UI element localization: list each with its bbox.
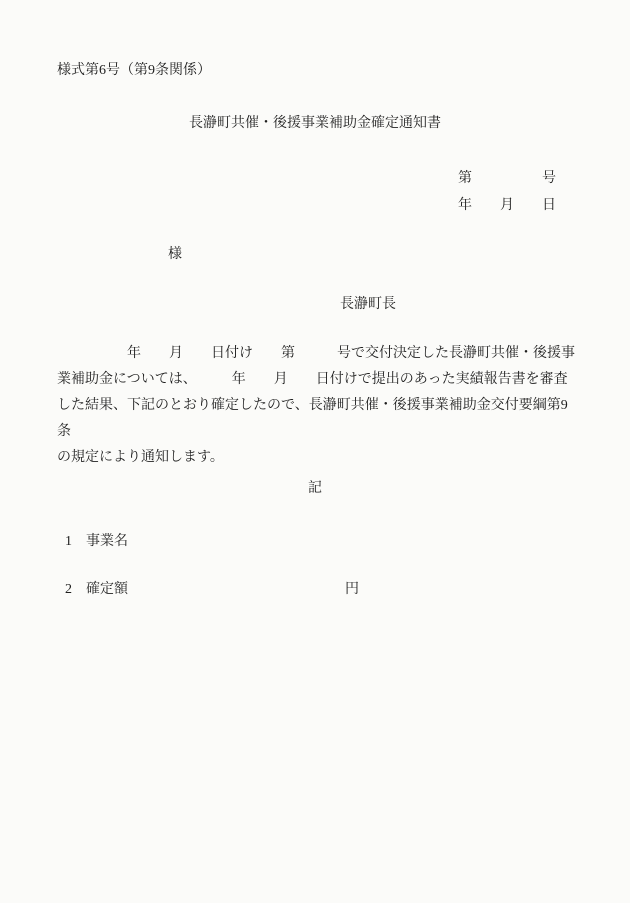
document-title: 長瀞町共催・後援事業補助金確定通知書 <box>0 117 630 131</box>
body-line-3: した結果、下記のとおり確定したので、長瀞町共催・後援事業補助金交付要綱第9条 <box>57 393 577 445</box>
item-label-project-name: 事業名 <box>86 534 128 549</box>
date-line: 年 月 日 <box>458 199 556 226</box>
list-item-project-name: 1事業名 <box>65 535 128 549</box>
sender-title: 長瀞町長 <box>340 298 396 312</box>
item-number: 1 <box>65 535 86 549</box>
reference-block: 第 号 年 月 日 <box>458 172 556 226</box>
body-paragraph: 年 月 日付け 第 号で交付決定した長瀞町共催・後援事 業補助金については、 年… <box>57 341 577 471</box>
body-line-1: 年 月 日付け 第 号で交付決定した長瀞町共催・後援事 <box>57 341 577 367</box>
form-number: 様式第6号（第9条関係） <box>57 64 211 78</box>
item-unit-yen: 円 <box>345 583 359 597</box>
body-line-4: の規定により通知します。 <box>57 445 577 471</box>
item-label-confirmed-amount: 確定額 <box>86 582 128 597</box>
body-line-2: 業補助金については、 年 月 日付けで提出のあった実績報告書を審査 <box>57 367 577 393</box>
record-heading: 記 <box>0 482 630 496</box>
addressee-honorific: 様 <box>168 248 182 262</box>
document-number-line: 第 号 <box>458 172 556 199</box>
item-number: 2 <box>65 583 86 597</box>
document-page: 様式第6号（第9条関係） 長瀞町共催・後援事業補助金確定通知書 第 号 年 月 … <box>0 0 630 903</box>
list-item-confirmed-amount: 2確定額 円 <box>65 583 128 597</box>
